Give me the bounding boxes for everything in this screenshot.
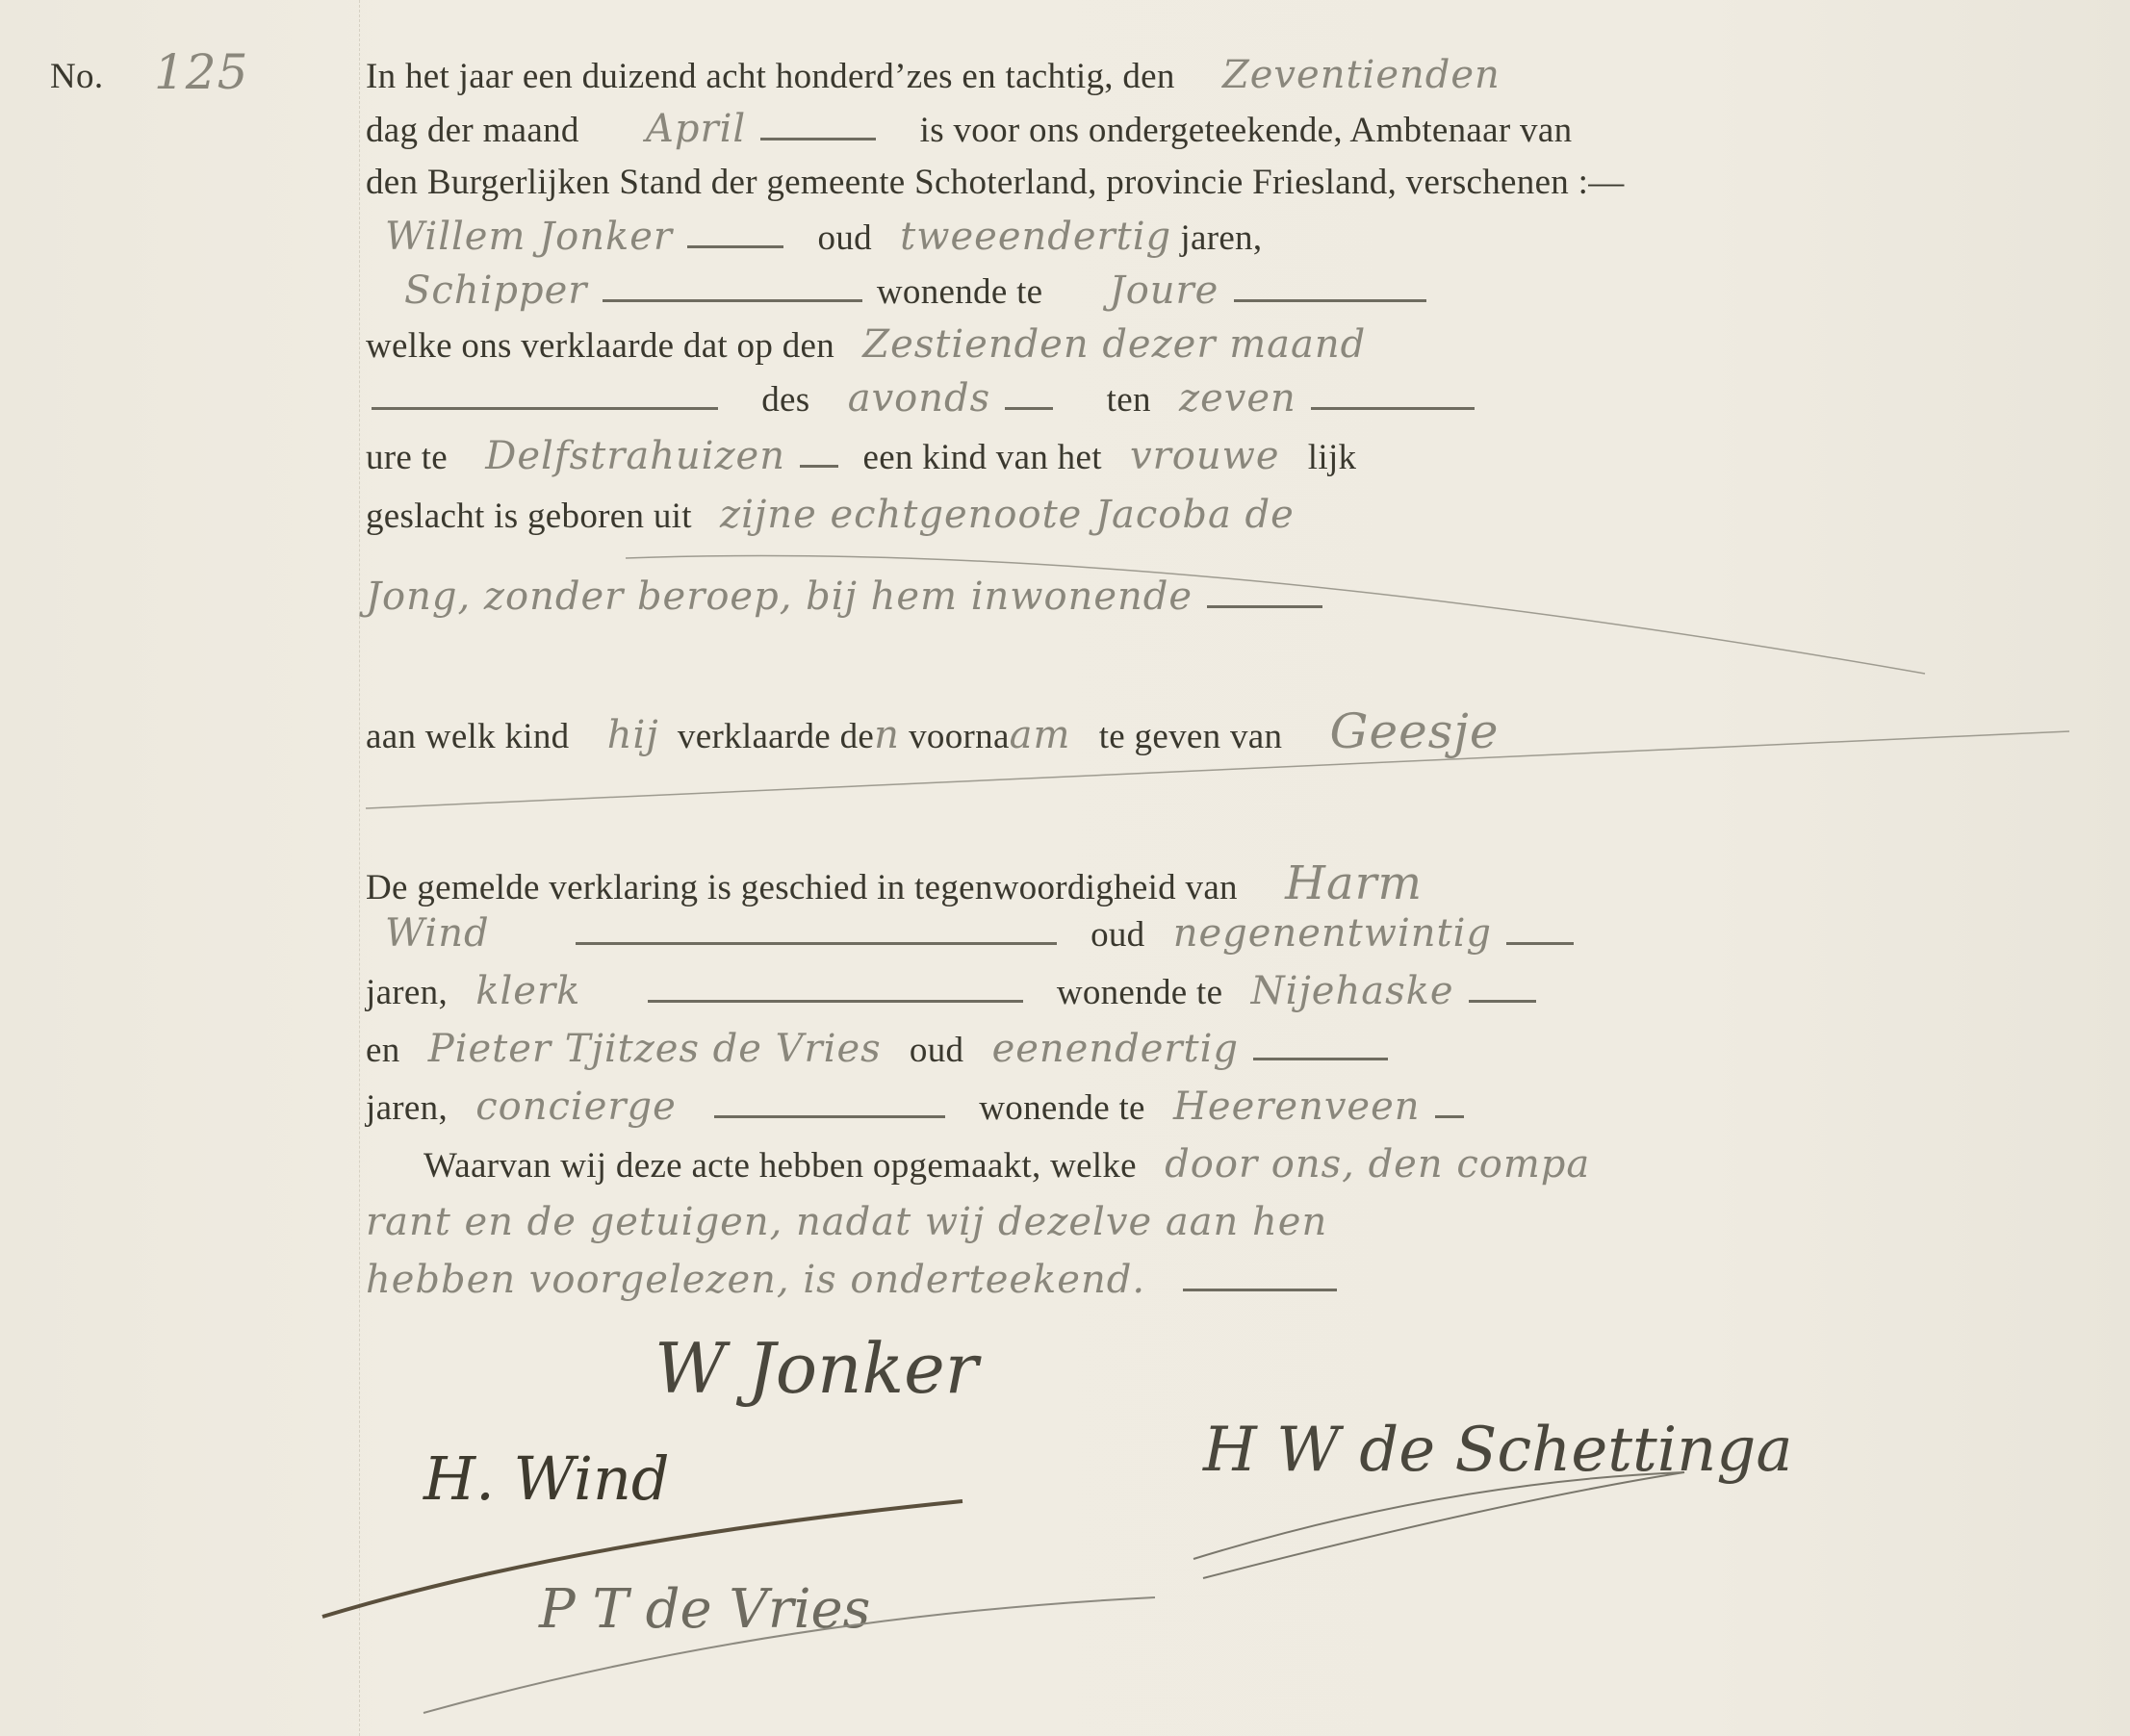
record-number-label: No. [50, 48, 103, 106]
handwritten-declarant-occupation: Schipper [404, 268, 587, 313]
printed-text: oud [818, 218, 872, 258]
printed-text: wonende te [979, 1088, 1145, 1128]
line-15: en Pieter Tjitzes de Vries oud eenendert… [366, 1020, 1394, 1078]
blank-line [760, 138, 876, 140]
handwritten-declarant-age: tweeendertig [900, 215, 1171, 259]
printed-text: In het jaar een duizend acht honderd’zes… [366, 57, 1175, 96]
printed-text: lijk [1308, 438, 1357, 477]
printed-text: ten [1107, 380, 1151, 420]
blank-line [1435, 1115, 1464, 1118]
line-10: Jong, zonder beroep, bij hem inwonende [366, 568, 1328, 625]
signature-witness-2: P T de Vries [539, 1578, 870, 1641]
handwritten-closing-end: hebben voorgelezen, is onderteekend. [366, 1258, 1145, 1302]
line-12: De gemelde verklaring is geschied in teg… [366, 855, 1423, 912]
blank-line [1311, 407, 1475, 410]
blank-line [1234, 299, 1426, 302]
blank-line [1005, 407, 1053, 410]
blank-line [800, 465, 838, 468]
handwritten-witness1-age: negenentwintig [1173, 911, 1492, 956]
blank-line [648, 1000, 1023, 1003]
handwritten-witness1-residence: Nijehaske [1251, 969, 1454, 1013]
line-18: rant en de getuigen, nadat wij dezelve a… [366, 1193, 1327, 1251]
handwritten-witness1-first: Harm [1285, 856, 1423, 910]
printed-text: voorna [909, 717, 1010, 756]
blank-line [1183, 1289, 1337, 1291]
signature-witness-1: H. Wind [423, 1443, 670, 1514]
blank-line [687, 245, 783, 248]
margin-rule [359, 0, 361, 1736]
blank-line [1469, 1000, 1536, 1003]
line-11: aan welk kind hij verklaarde den voornaa… [366, 702, 1499, 760]
printed-text: wonende te [1057, 973, 1223, 1012]
printed-text: is voor ons ondergeteekende, Ambtenaar v… [920, 111, 1573, 150]
printed-text: een kind van het [862, 438, 1101, 477]
line-8: ure te Delfstrahuizen een kind van het v… [366, 427, 1356, 485]
handwritten-time-of-day: avonds [848, 376, 990, 421]
printed-text: oud [1091, 915, 1144, 955]
printed-text: welke ons verklaarde dat op den [366, 326, 834, 366]
printed-text: des [761, 380, 809, 420]
blank-line [576, 942, 1057, 945]
printed-text: jaren, [366, 1088, 448, 1128]
line-2: dag der maand April is voor ons onderget… [366, 100, 1572, 158]
line-13: Wind oud negenentwintig [366, 905, 1579, 962]
blank-line [1506, 942, 1574, 945]
printed-text: ure te [366, 438, 448, 477]
printed-text: aan welk kind [366, 717, 569, 756]
blank-line [1207, 605, 1322, 608]
blank-line [714, 1115, 945, 1118]
handwritten-declarant-residence: Joure [1110, 268, 1219, 313]
line-1: In het jaar een duizend acht honderd’zes… [366, 46, 1501, 104]
printed-text: en [366, 1031, 400, 1070]
record-number-value: 125 [154, 44, 248, 100]
handwritten-mother: zijne echtgenoote Jacoba de [720, 493, 1295, 537]
line-4: Willem Jonker oud tweeendertig jaren, [366, 208, 1262, 266]
printed-text: den Burgerlijken Stand der gemeente Scho… [366, 163, 1625, 202]
handwritten-declarant-name: Willem Jonker [385, 215, 673, 259]
handwritten-sex: vrouwe [1130, 434, 1279, 478]
register-page: No. 125 In het jaar een duizend acht hon… [0, 0, 2130, 1736]
line-14: jaren, klerk wonende te Nijehaske [366, 962, 1542, 1020]
line-5: Schipper wonende te Joure [366, 262, 1432, 319]
line-19: hebben voorgelezen, is onderteekend. [366, 1251, 1343, 1309]
handwritten-text: hij [607, 713, 659, 757]
blank-line [372, 407, 718, 410]
printed-text: jaren, [1180, 218, 1262, 258]
handwritten-witness1-last: Wind [385, 911, 490, 956]
blank-line [1253, 1058, 1388, 1060]
line-6: welke ons verklaarde dat op den Zestiend… [366, 316, 1366, 373]
handwritten-witness1-occupation: klerk [475, 969, 580, 1013]
signature-registrar: H W de Schettinga [1203, 1415, 1793, 1486]
printed-text: oud [910, 1031, 963, 1070]
handwritten-birth-day: Zestienden dezer maand [862, 322, 1366, 367]
blank-line [603, 299, 862, 302]
handwritten-child-name: Geesje [1330, 703, 1500, 759]
printed-text: wonende te [877, 272, 1043, 312]
handwritten-witness2-residence: Heerenveen [1173, 1085, 1420, 1129]
handwritten-hour: zeven [1179, 376, 1296, 421]
handwritten-text: am [1010, 713, 1071, 757]
handwritten-closing-cont: rant en de getuigen, nadat wij dezelve a… [366, 1200, 1327, 1244]
handwritten-witness2-age: eenendertig [992, 1027, 1239, 1071]
line-9: geslacht is geboren uit zijne echtgenoot… [366, 486, 1295, 544]
printed-text: verklaarde de [678, 717, 874, 756]
handwritten-mother-cont: Jong, zonder beroep, bij hem inwonende [366, 574, 1193, 619]
handwritten-witness2-occupation: concierge [475, 1085, 677, 1129]
handwritten-text: n [874, 713, 900, 757]
handwritten-witness2-name: Pieter Tjitzes de Vries [428, 1027, 882, 1071]
printed-text: dag der maand [366, 111, 579, 150]
line-16: jaren, concierge wonende te Heerenveen [366, 1078, 1470, 1136]
line-17: Waarvan wij deze acte hebben opgemaakt, … [423, 1136, 1590, 1193]
printed-text: te geven van [1099, 717, 1283, 756]
line-3: den Burgerlijken Stand der gemeente Scho… [366, 154, 1625, 212]
handwritten-birth-place: Delfstrahuizen [485, 434, 785, 478]
handwritten-closing: door ons, den compa [1165, 1142, 1590, 1187]
printed-text: jaren, [366, 973, 448, 1012]
handwritten-month: April [646, 107, 746, 151]
printed-text: geslacht is geboren uit [366, 497, 692, 536]
signature-declarant: W Jonker [654, 1328, 978, 1409]
printed-text: De gemelde verklaring is geschied in teg… [366, 868, 1238, 907]
line-7: des avonds ten zeven [366, 370, 1480, 427]
printed-text: Waarvan wij deze acte hebben opgemaakt, … [423, 1146, 1137, 1186]
handwritten-day: Zeventienden [1222, 53, 1501, 97]
